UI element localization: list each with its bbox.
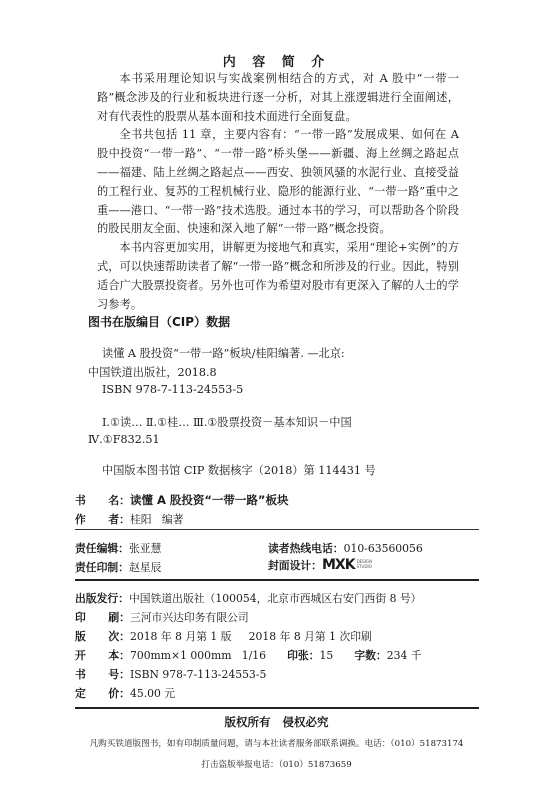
format-label: 开 本： [75,649,130,662]
price-value: 45.00 元 [130,687,175,700]
divider-1 [75,529,479,530]
printing-manager-value: 赵星辰 [129,561,161,574]
summary-paragraph-3: 本书内容更加实用，讲解更为接地气和真实，采用“理论+实例”的方式，可以快速帮助读… [97,239,459,314]
cip-line-1: 读懂 A 股投资“一带一路”板块/桂阳编著. —北京: [102,345,345,361]
publisher-row: 出版发行：中国铁道出版社（100054，北京市西城区右安门西街 8 号） [75,587,421,606]
printer-label: 印 刷： [75,611,130,624]
mxk-logo-subtitle: DESIGNSTUDIO [357,560,372,569]
divider-2 [75,579,479,581]
printer-row: 印 刷：三河市兴达印务有限公司 [75,606,249,625]
book-author-row: 作 者：桂阳 编著 [75,508,183,527]
price-label: 定 价： [75,687,130,700]
editor-row: 责任编辑：张亚慧 [75,537,161,556]
anti-piracy-hotline: 打击盗版举报电话：（010）51873659 [0,758,553,770]
editor-value: 张亚慧 [129,542,161,555]
word-count-label: 字数： [354,649,386,662]
book-author-value: 桂阳 编著 [130,513,183,526]
mxk-logo: MXK [322,557,355,573]
copyright-notice: 凡购买铁道版图书，如有印制质量问题，请与本社读者服务部联系调换。电话：（010）… [0,737,553,749]
price-row: 定 价：45.00 元 [75,682,175,701]
book-title-row: 书 名：读懂 A 股投资“一带一路”板块 [75,489,288,508]
editor-label: 责任编辑： [75,542,129,555]
edition-label: 版 次： [75,630,130,643]
summary-body: 本书采用理论知识与实战案例相结合的方式，对 A 股中“一带一路”概念涉及的行业和… [97,70,459,314]
printing-manager-label: 责任印制： [75,561,129,574]
book-author-label: 作 者： [75,513,130,526]
isbn-label: 书 号： [75,668,130,681]
edition-value: 2018 年 8 月第 1 版 2018 年 8 月第 1 次印刷 [130,630,372,643]
cip-classification: Ⅰ.①读… Ⅱ.①桂… Ⅲ.①股票投资－基本知识－中国 [102,414,352,430]
edition-row: 版 次：2018 年 8 月第 1 版 2018 年 8 月第 1 次印刷 [75,625,372,644]
isbn-row: 书 号：ISBN 978-7-113-24553-5 [75,663,266,682]
cip-isbn: ISBN 978-7-113-24553-5 [102,383,243,396]
word-count-value: 234 千 [387,649,422,662]
publisher-value: 中国铁道出版社（100054，北京市西城区右安门西街 8 号） [129,592,421,605]
summary-paragraph-2: 全书共包括 11 章，主要内容有：“一带一路”发展成果、如何在 A 股中投资“一… [97,126,459,239]
divider-3 [75,707,479,709]
cip-heading: 图书在版编目（CIP）数据 [88,313,230,330]
publisher-label: 出版发行： [75,592,129,605]
printer-value: 三河市兴达印务有限公司 [130,611,249,624]
book-title-label: 书 名： [75,494,130,507]
cover-design-label: 封面设计： [268,559,322,572]
summary-paragraph-1: 本书采用理论知识与实战案例相结合的方式，对 A 股中“一带一路”概念涉及的行业和… [97,70,459,126]
cip-line-2: 中国铁道出版社，2018.8 [88,364,217,380]
printing-manager-row: 责任印制：赵星辰 [75,556,161,575]
cip-record-number: 中国版本图书馆 CIP 数据核字（2018）第 114431 号 [102,462,376,478]
book-title-value: 读懂 A 股投资“一带一路”板块 [130,493,289,507]
cip-classification-2: Ⅳ.①F832.51 [88,433,160,446]
summary-title: 内 容 简 介 [0,51,553,70]
isbn-value: ISBN 978-7-113-24553-5 [130,668,266,681]
format-row: 开 本：700mm×1 000mm 1/16 印张：15 字数：234 千 [75,644,422,663]
cover-design-row: 封面设计：MXKDESIGNSTUDIO [268,554,372,573]
sheets-label: 印张： [287,649,319,662]
copyright-heading: 版权所有 侵权必究 [0,714,553,730]
sheets-value: 15 [320,649,334,662]
format-value: 700mm×1 000mm 1/16 [130,649,266,662]
